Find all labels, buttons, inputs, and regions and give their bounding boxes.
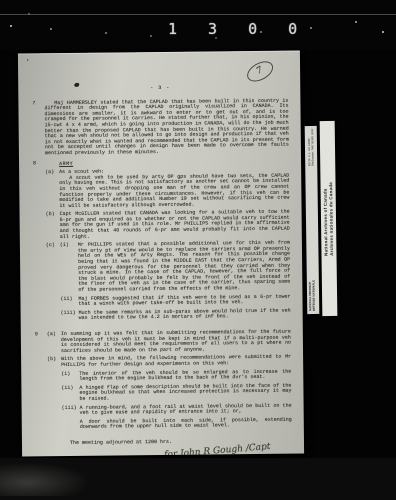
paragraph-8-army-section: 8 ARMY (a) As a scout veh: A scout veh t… bbox=[33, 158, 291, 328]
stamp-number: 7 bbox=[256, 68, 264, 76]
item-8b-label: (b) bbox=[46, 212, 60, 240]
item-8c-iii: (iii) Much the same remarks as in sub-pa… bbox=[61, 308, 291, 322]
item-8c-i-body: Mr PHILLIPS stated that a possible addit… bbox=[78, 241, 291, 294]
item-8b: (b) Capt McGILLEN stated that CANADA was… bbox=[46, 210, 290, 241]
item-8c-iii-label: (iii) bbox=[61, 311, 79, 322]
film-frame-counter: 1 3 0 0 bbox=[168, 20, 308, 38]
scan-artifact-line bbox=[0, 14, 396, 15]
archives-canada-fr: Archives nationales du Canada bbox=[328, 181, 335, 255]
paragraph-9: 9 (a) In summing up it was felt that in … bbox=[35, 330, 292, 438]
microfilm-bottom-band bbox=[0, 458, 396, 500]
item-9a-body: In summing up it was felt that in submit… bbox=[61, 330, 291, 355]
film-dust-specks bbox=[10, 25, 12, 27]
document-page: ’ 7 - 3 - 7 Maj HAMMERSLEY stated that t… bbox=[18, 51, 304, 457]
item-9b-i-label: (i) bbox=[61, 371, 79, 382]
item-8b-body: Capt McGILLEN stated that CANADA was loo… bbox=[60, 210, 290, 240]
item-9b-iii-content: A running-board, and a foot rail at wais… bbox=[80, 403, 292, 431]
item-8c-ii-body: Maj FORBES suggested that if this veh we… bbox=[78, 294, 290, 307]
page-number: - 3 - bbox=[32, 85, 288, 93]
paragraph-7-text: Maj HAMMERSLEY stated that the CAPLAD th… bbox=[44, 98, 289, 156]
item-9b-label: (b) bbox=[47, 357, 62, 434]
national-defence-fr: DÉFENSE NATIONALE bbox=[313, 280, 317, 311]
archive-reference-text: RG 24, C-1, Vol. 10936 File/Dossier: 748… bbox=[307, 129, 314, 166]
paragraph-9-number: 9 bbox=[35, 332, 48, 437]
item-9a-label: (a) bbox=[47, 332, 61, 355]
item-8a-body: A scout veh to be used by arty OP gps sh… bbox=[59, 173, 289, 209]
paragraph-9-body: (a) In summing up it was felt that in su… bbox=[47, 330, 292, 437]
scan-smudge bbox=[0, 462, 90, 496]
archive-reference-line-2: File/Dossier: 7487 REMD GP/4 bbox=[311, 129, 315, 166]
national-defence-strip: RG 24, C-1, Vol. 10936 File/Dossier: 748… bbox=[305, 126, 320, 314]
item-8a-content: As a scout veh: A scout veh to be used b… bbox=[59, 168, 289, 210]
item-8a-label: (a) bbox=[45, 170, 59, 209]
item-9b-ii-label: (ii) bbox=[61, 386, 79, 403]
army-section-body: ARMY (a) As a scout veh: A scout veh to … bbox=[45, 158, 291, 328]
item-8c-content: (i) Mr PHILLIPS stated that a possible a… bbox=[60, 241, 291, 325]
microfilm-top-band: 1 3 0 0 bbox=[0, 0, 396, 50]
item-9b-ii: (ii) A hinged flap of some description s… bbox=[61, 383, 291, 402]
item-9b-ii-body: A hinged flap of some description should… bbox=[79, 383, 291, 402]
item-8c-label: (c) bbox=[46, 243, 61, 325]
paragraph-7-number: 7 bbox=[32, 101, 45, 157]
item-8c-ii: (ii) Maj FORBES suggested that if this v… bbox=[60, 294, 290, 308]
item-9b-iii: (iii) A running-board, and a foot rail a… bbox=[62, 403, 292, 431]
page-stamp-circle: 7 bbox=[244, 57, 277, 85]
item-9b: (b) With the above in mind, the followin… bbox=[47, 355, 292, 434]
archives-canada-text: National Archives of Canada Archives nat… bbox=[322, 181, 334, 255]
archives-canada-strip: National Archives of Canada Archives nat… bbox=[320, 121, 338, 316]
signature-block: for John R Gough /Capt (J E R Gough) Lt … bbox=[164, 446, 292, 456]
item-9b-iii-label: (iii) bbox=[62, 405, 80, 431]
item-8c-iii-body: Much the same remarks as in sub-paras ab… bbox=[79, 308, 291, 321]
army-heading: ARMY bbox=[59, 159, 289, 167]
item-8c-i-label: (i) bbox=[60, 243, 79, 294]
item-9b-content: With the above in mind, the following re… bbox=[61, 355, 292, 434]
item-9b-intro: With the above in mind, the following re… bbox=[61, 355, 291, 369]
item-9b-i: (i) The interior of the veh should be so… bbox=[61, 369, 291, 383]
item-8c-i: (i) Mr PHILLIPS stated that a possible a… bbox=[60, 241, 291, 294]
item-9b-iii-body: A running-board, and a foot rail at wais… bbox=[80, 403, 292, 416]
national-defence-text: NATIONAL DEFENCE DÉFENSE NATIONALE bbox=[309, 280, 317, 311]
item-9a: (a) In summing up it was felt that in su… bbox=[47, 330, 291, 355]
item-8c-ii-label: (ii) bbox=[60, 296, 78, 307]
paragraph-7: 7 Maj HAMMERSLEY stated that the CAPLAD … bbox=[32, 98, 289, 157]
item-9b-iii-body2: A door should be built into each side, i… bbox=[80, 417, 292, 430]
item-8c: (c) (i) Mr PHILLIPS stated that a possib… bbox=[46, 241, 291, 325]
item-8a: (a) As a scout veh: A scout veh to be us… bbox=[45, 168, 289, 210]
pencil-tick-mark: ’ bbox=[26, 59, 30, 65]
item-9b-i-body: The interior of the veh should be so enl… bbox=[79, 369, 291, 382]
